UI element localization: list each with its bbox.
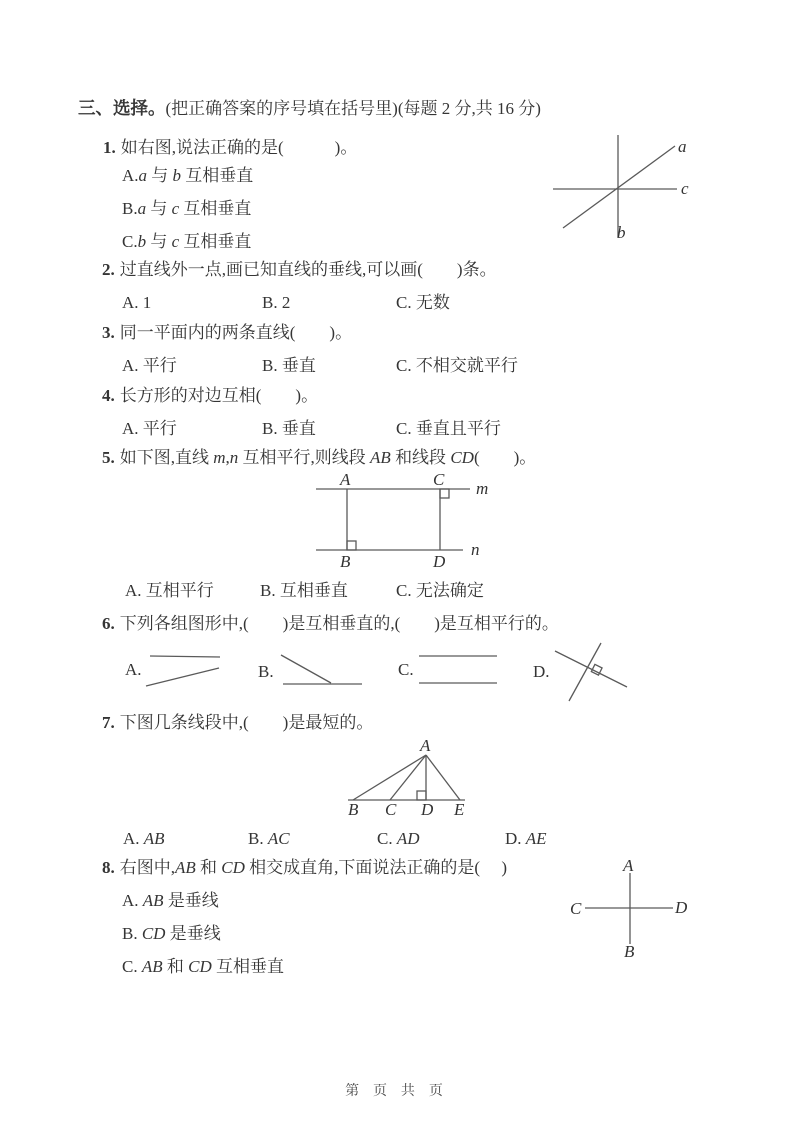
question-4-number: 4. [102, 386, 115, 405]
label-m: m [476, 479, 488, 498]
figure-q6-c-parallel-lines [412, 648, 504, 688]
question-1-number: 1. [103, 138, 116, 157]
page-footer: 第 页 共 页 [0, 1080, 793, 1100]
question-6-option-b-label: B. [258, 662, 274, 682]
question-7-option-a: A. AB [123, 829, 165, 849]
question-2: 2.过直线外一点,画已知直线的垂线,可以画( )条。 [102, 260, 497, 280]
label-d: D [432, 552, 446, 571]
question-5-text: 如下图,直线 m,n 互相平行,则线段 AB 和线段 CD( )。 [120, 448, 537, 467]
question-8-option-b: B. CD 是垂线 [122, 924, 221, 944]
question-8-text: 右图中,AB 和 CD 相交成直角,下面说法正确的是( ) [120, 858, 507, 877]
line-a [563, 146, 675, 228]
label-b: B [624, 942, 635, 961]
label-n: n [471, 540, 480, 559]
figure-q5-parallel: A C m n B D [312, 470, 497, 575]
question-5-number: 5. [102, 448, 115, 467]
line-shallow [555, 651, 627, 687]
question-1-option-a: A.a 与 b 互相垂直 [122, 166, 253, 186]
question-5-option-c: C. 无法确定 [396, 581, 484, 601]
figure-q6-a-nonparallel-lines [140, 648, 230, 693]
label-b: B [340, 552, 351, 571]
label-d: D [674, 898, 688, 917]
question-1-option-c: C.b 与 c 互相垂直 [122, 232, 251, 252]
question-3-option-a: A. 平行 [122, 356, 177, 376]
question-8-option-c: C. AB 和 CD 互相垂直 [122, 957, 284, 977]
section-title: 三、选择。 [78, 98, 166, 118]
question-6-text: 下列各组图形中,( )是互相垂直的,( )是互相平行的。 [120, 614, 559, 633]
question-8: 8.右图中,AB 和 CD 相交成直角,下面说法正确的是( ) [102, 858, 507, 878]
right-angle-marker-d [417, 791, 426, 800]
question-2-text: 过直线外一点,画已知直线的垂线,可以画( )条。 [120, 260, 497, 279]
label-d: D [420, 800, 434, 819]
label-b: B [348, 800, 359, 819]
figure-q6-d-perpendicular-lines [545, 638, 635, 704]
label-a: A [622, 856, 634, 875]
label-c: c [681, 179, 689, 198]
question-6-number: 6. [102, 614, 115, 633]
figure-q6-b-intersecting-lines [274, 648, 369, 690]
question-6: 6.下列各组图形中,( )是互相垂直的,( )是互相平行的。 [102, 614, 559, 634]
question-2-option-a: A. 1 [122, 293, 151, 313]
question-2-number: 2. [102, 260, 115, 279]
question-7-number: 7. [102, 713, 115, 732]
question-4-option-b: B. 垂直 [262, 419, 316, 439]
label-c: C [385, 800, 397, 819]
figure-q8-cross: A B C D [565, 853, 695, 963]
label-b: b [617, 223, 626, 242]
question-3-option-b: B. 垂直 [262, 356, 316, 376]
line-top [150, 656, 220, 657]
label-a: A [339, 470, 351, 489]
right-angle-marker-c [440, 489, 449, 498]
figure-q7-triangle: A B C D E [340, 735, 475, 820]
question-7-option-d: D. AE [505, 829, 547, 849]
question-3-option-c: C. 不相交就平行 [396, 356, 518, 376]
label-c: C [570, 899, 582, 918]
question-1: 1.如右图,说法正确的是( )。 [103, 138, 357, 158]
question-4: 4.长方形的对边互相( )。 [102, 386, 318, 406]
line-diagonal [281, 655, 331, 683]
label-e: E [453, 800, 465, 819]
question-3: 3.同一平面内的两条直线( )。 [102, 323, 352, 343]
question-5: 5.如下图,直线 m,n 互相平行,则线段 AB 和线段 CD( )。 [102, 448, 536, 468]
question-2-option-b: B. 2 [262, 293, 290, 313]
label-a: a [678, 137, 687, 156]
question-1-text: 如右图,说法正确的是( )。 [121, 138, 358, 157]
question-1-option-b: B.a 与 c 互相垂直 [122, 199, 251, 219]
section-subtitle: (把正确答案的序号填在括号里)(每题 2 分,共 16 分) [166, 99, 541, 118]
question-4-option-c: C. 垂直且平行 [396, 419, 501, 439]
question-7: 7.下图几条线段中,( )是最短的。 [102, 713, 373, 733]
question-7-option-c: C. AD [377, 829, 420, 849]
question-5-option-b: B. 互相垂直 [260, 581, 348, 601]
figure-q1-lines: a c b [548, 130, 713, 245]
label-c: C [433, 470, 445, 489]
question-4-text: 长方形的对边互相( )。 [120, 386, 318, 405]
label-a: A [419, 736, 431, 755]
question-5-option-a: A. 互相平行 [125, 581, 214, 601]
question-7-option-b: B. AC [248, 829, 290, 849]
question-3-text: 同一平面内的两条直线( )。 [120, 323, 352, 342]
line-slanted [146, 668, 219, 686]
question-7-text: 下图几条线段中,( )是最短的。 [120, 713, 374, 732]
question-3-number: 3. [102, 323, 115, 342]
question-4-option-a: A. 平行 [122, 419, 177, 439]
worksheet-page: 三、选择。(把正确答案的序号填在括号里)(每题 2 分,共 16 分) 1.如右… [0, 0, 793, 1122]
segment-ab [353, 755, 426, 800]
segment-ae [426, 755, 460, 800]
question-2-option-c: C. 无数 [396, 293, 450, 313]
segment-ac [390, 755, 426, 800]
section-header: 三、选择。(把正确答案的序号填在括号里)(每题 2 分,共 16 分) [78, 98, 541, 119]
question-8-option-a: A. AB 是垂线 [122, 891, 219, 911]
right-angle-marker-b [347, 541, 356, 550]
question-8-number: 8. [102, 858, 115, 877]
